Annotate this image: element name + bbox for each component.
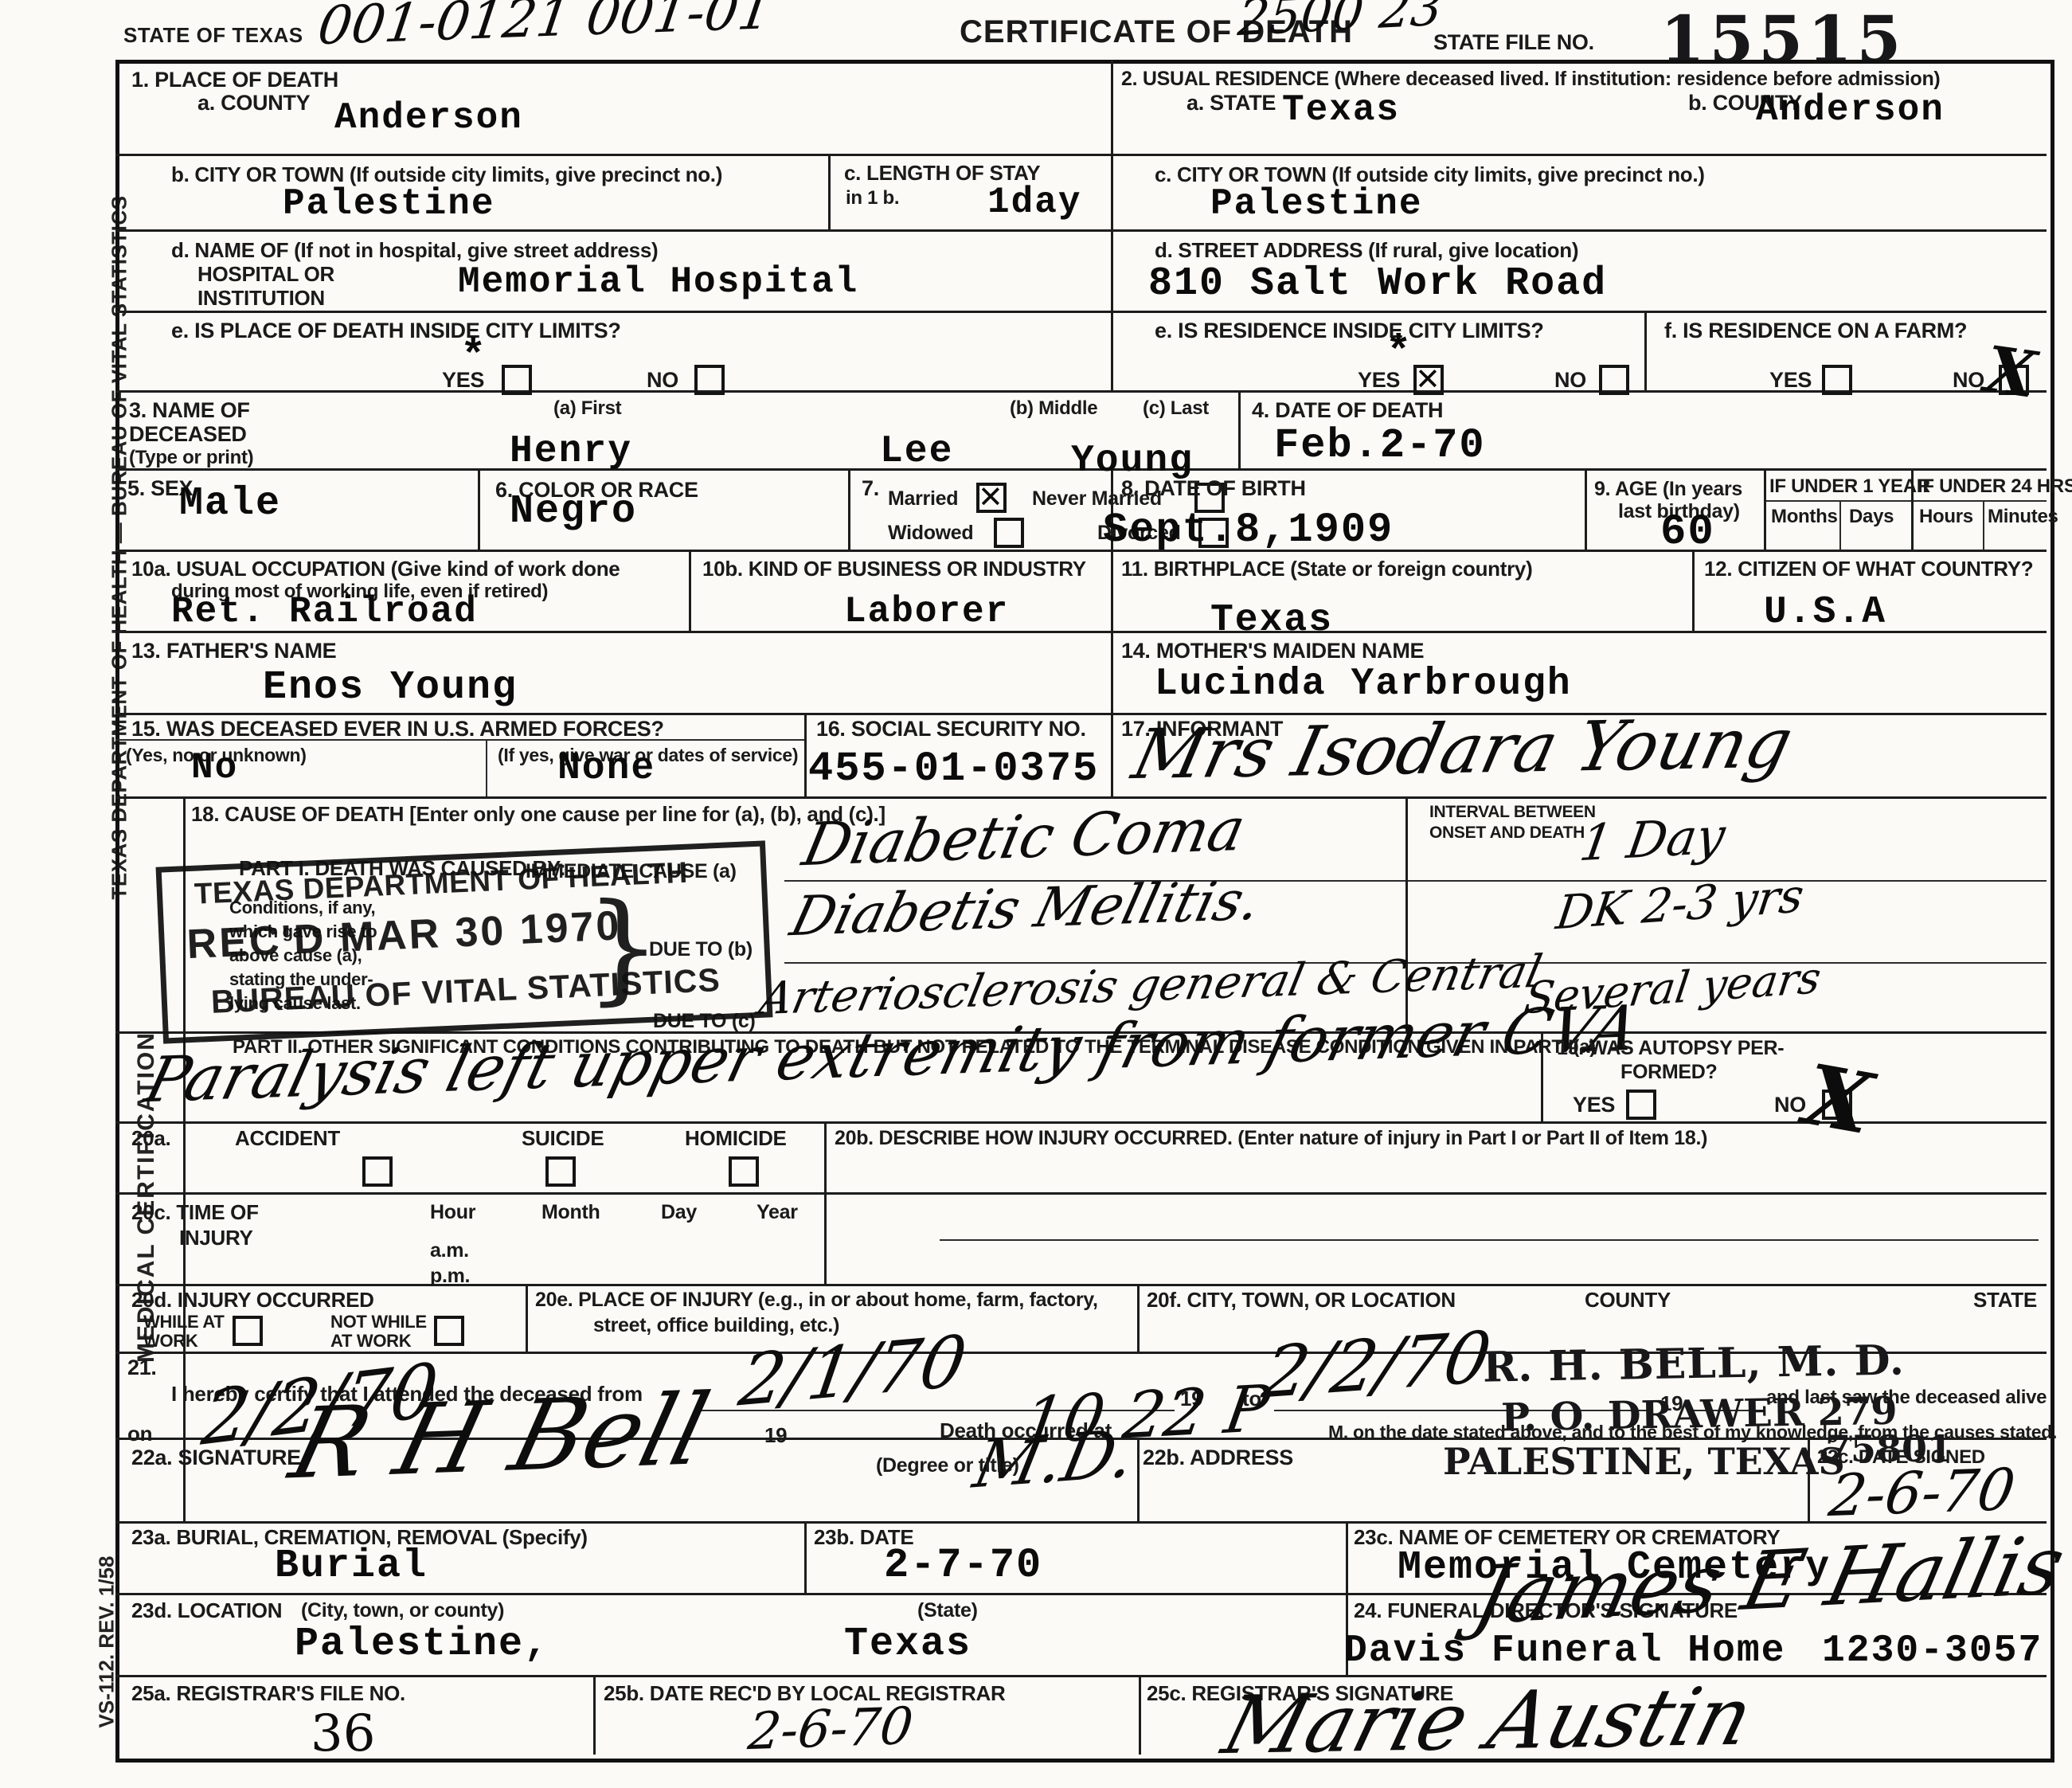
- residence-state: Texas: [1282, 89, 1400, 131]
- grid-line: [1111, 60, 1113, 390]
- death-limits-no-checkbox: [694, 365, 725, 395]
- date-of-death: Feb.2-70: [1274, 422, 1486, 469]
- not-while-at-work-label2: AT WORK: [330, 1332, 411, 1352]
- item20e-label2: street, office building, etc.): [593, 1314, 839, 1336]
- grid-line: [1644, 311, 1647, 390]
- grid-line: [593, 1675, 596, 1755]
- suicide-checkbox: [545, 1156, 576, 1187]
- registrar-file-no-label: 25a. REGISTRAR'S FILE NO.: [131, 1682, 405, 1705]
- year-label: Year: [756, 1201, 798, 1223]
- age-label: 9. AGE (In years: [1594, 478, 1742, 500]
- grid-line: [115, 550, 2047, 552]
- hospital-label: d. NAME OF (If not in hospital, give str…: [171, 239, 658, 262]
- residence-state-label: a. STATE: [1187, 91, 1276, 115]
- item21-label: 21.: [127, 1356, 157, 1379]
- grid-line: [1585, 468, 1587, 550]
- business-label: 10b. KIND OF BUSINESS OR INDUSTRY: [702, 558, 1086, 581]
- name-of-deceased-label2: DECEASED: [129, 422, 247, 446]
- grid-line: [526, 1284, 528, 1352]
- registrar-file-no: 36: [311, 1704, 375, 1763]
- received-stamp: TEXAS DEPARTMENT OF HEALTH REC'D MAR 30 …: [156, 840, 773, 1043]
- degree-or-title-label: (Degree or title): [876, 1454, 1019, 1477]
- burial-date: 2-7-70: [884, 1542, 1042, 1589]
- bell-stamp-name: R. H. BELL, M. D.: [1483, 1336, 1906, 1391]
- grid-line: [828, 154, 831, 229]
- item20e-label: 20e. PLACE OF INJURY (e.g., in or about …: [535, 1289, 1098, 1311]
- state-column-label: STATE: [1973, 1289, 2037, 1312]
- armed-forces-label: 15. WAS DECEASED EVER IN U.S. ARMED FORC…: [131, 717, 664, 741]
- while-at-work-label2: WORK: [143, 1332, 197, 1352]
- county-label: a. COUNTY: [197, 91, 310, 115]
- death-limits-yes-checkbox: [502, 365, 532, 395]
- death-city-limits-label: e. IS PLACE OF DEATH INSIDE CITY LIMITS?: [171, 319, 621, 342]
- burial-value: Burial: [275, 1543, 428, 1589]
- first-name-label: (a) First: [553, 398, 621, 420]
- armed-forces-answer: No: [191, 747, 238, 788]
- grid-line: [804, 1521, 807, 1593]
- while-at-work-checkbox: [233, 1316, 263, 1346]
- handwritten-district-codes: 001-0121 001-01: [315, 0, 776, 57]
- item20c-label: 20c. TIME OF: [131, 1201, 259, 1224]
- residence-limits-no-checkbox: [1599, 365, 1629, 395]
- if-under-24-hrs-label: IF UNDER 24 HRS.: [1918, 476, 2072, 498]
- address-label: 22b. ADDRESS: [1143, 1446, 1293, 1469]
- married-checkbox: [976, 483, 1007, 513]
- farm-no-label: NO: [1953, 368, 1984, 392]
- autopsy-no-label: NO: [1774, 1093, 1806, 1117]
- grid-line: [1139, 1675, 1141, 1755]
- grid-line: [1839, 500, 1841, 550]
- autopsy-label2: FORMED?: [1620, 1061, 1718, 1083]
- grid-line: [1692, 550, 1695, 631]
- street-address-label: d. STREET ADDRESS (If rural, give locati…: [1155, 239, 1578, 262]
- hospital-label2: HOSPITAL OR: [197, 263, 334, 286]
- month-label: Month: [541, 1201, 600, 1223]
- birthplace-label: 11. BIRTHPLACE (State or foreign country…: [1121, 558, 1532, 581]
- grid-line: [486, 739, 487, 796]
- grid-line: [1238, 390, 1241, 468]
- physician-signature: R H Bell: [280, 1372, 719, 1500]
- while-at-work-label: WHILE AT: [143, 1313, 224, 1332]
- accident-label: ACCIDENT: [235, 1127, 340, 1150]
- autopsy-yes-checkbox: [1626, 1090, 1656, 1120]
- marital-section-label: 7.: [862, 476, 879, 500]
- length-of-stay-sub: in 1 b.: [846, 188, 899, 209]
- grid-line: [689, 550, 691, 631]
- hospital-label3: INSTITUTION: [197, 287, 325, 310]
- grid-line: [848, 468, 850, 550]
- received-stamp-line2: REC'D MAR 30 1970: [186, 902, 622, 968]
- item20c-label2: INJURY: [179, 1227, 253, 1250]
- fathers-name: Enos Young: [263, 665, 518, 710]
- signature-label: 22a. SIGNATURE: [131, 1446, 301, 1469]
- date-signed-handwriting: 2-6-70: [1825, 1456, 2019, 1530]
- ssn-label: 16. SOCIAL SECURITY NO.: [816, 717, 1086, 741]
- armed-forces-service: None: [557, 747, 655, 790]
- occupation-value: Ret. Railroad: [171, 591, 478, 632]
- fathers-name-label: 13. FATHER'S NAME: [131, 639, 336, 663]
- hour-label: Hour: [430, 1201, 475, 1223]
- burial-location-label: 23d. LOCATION: [131, 1599, 282, 1622]
- grid-line: [115, 154, 2047, 156]
- grid-line: [115, 1521, 2047, 1524]
- not-while-at-work-checkbox: [434, 1316, 464, 1346]
- death-city: Palestine: [283, 183, 495, 225]
- grid-line: [824, 1121, 827, 1284]
- grid-line: [115, 1121, 2047, 1124]
- place-of-death-label: 1. PLACE OF DEATH: [131, 68, 338, 92]
- received-stamp-line3: BUREAU OF VITAL STATISTICS: [210, 961, 721, 1021]
- length-of-stay: 1day: [987, 182, 1081, 223]
- pm-label: p.m.: [430, 1265, 470, 1287]
- item20a-label: 20a.: [131, 1127, 170, 1150]
- bell-stamp-city: PALESTINE, TEXAS: [1443, 1440, 1845, 1483]
- type-or-print-label: (Type or print): [129, 448, 253, 469]
- grid-line: [115, 796, 2047, 799]
- grid-line: [1764, 468, 1766, 550]
- hours-label: Hours: [1919, 507, 1973, 528]
- burial-city: Palestine,: [295, 1622, 549, 1667]
- widowed-label: Widowed: [888, 522, 973, 544]
- answer-line: [940, 1239, 2039, 1241]
- citizen-label: 12. CITIZEN OF WHAT COUNTRY?: [1704, 558, 2033, 581]
- interval-a-handwriting: 1 Day: [1576, 806, 1729, 872]
- place-of-death-county: Anderson: [334, 97, 523, 139]
- mothers-maiden-name: Lucinda Yarbrough: [1155, 663, 1572, 706]
- first-name: Henry: [510, 430, 632, 473]
- race-value: Negro: [510, 489, 637, 534]
- mothers-maiden-name-label: 14. MOTHER'S MAIDEN NAME: [1121, 639, 1424, 663]
- if-under-1-year-label: IF UNDER 1 YEAR: [1769, 476, 1930, 498]
- residence-city-limits-label: e. IS RESIDENCE INSIDE CITY LIMITS?: [1155, 319, 1544, 342]
- burial-location-sub2: (State): [917, 1599, 978, 1622]
- age-value: 60: [1660, 508, 1715, 557]
- homicide-label: HOMICIDE: [685, 1127, 787, 1150]
- autopsy-label: 19. WAS AUTOPSY PER-: [1557, 1037, 1784, 1059]
- grid-line: [115, 311, 2047, 313]
- residence-limits-yes-checkbox: [1413, 365, 1444, 395]
- date-received-handwriting: 2-6-70: [745, 1697, 916, 1763]
- married-label: Married: [888, 487, 958, 510]
- interval-label2: ONSET AND DEATH: [1429, 824, 1585, 843]
- residence-county: Anderson: [1756, 89, 1945, 131]
- farm-no-handwritten-x: X: [1981, 331, 2041, 413]
- item20f-label: 20f. CITY, TOWN, OR LOCATION: [1147, 1289, 1456, 1312]
- state-file-no-label: STATE FILE NO.: [1433, 30, 1594, 54]
- nineteen-blank: 19: [764, 1424, 787, 1447]
- name-of-deceased-label: 3. NAME OF: [129, 398, 250, 422]
- homicide-checkbox: [729, 1156, 759, 1187]
- date-of-death-label: 4. DATE OF DEATH: [1252, 398, 1443, 422]
- suicide-label: SUICIDE: [522, 1127, 604, 1150]
- farm-yes-label: YES: [1769, 368, 1812, 392]
- accident-checkbox: [362, 1156, 393, 1187]
- cause-of-death-label: 18. CAUSE OF DEATH [Enter only one cause…: [191, 803, 885, 826]
- residence-limits-yes-label: YES: [1358, 368, 1400, 392]
- business-value: Laborer: [844, 591, 1009, 632]
- handwritten-numbers: 2500 23: [1236, 0, 1445, 47]
- date-of-birth-label: 8. DATE OF BIRTH: [1121, 476, 1306, 500]
- item20b-label: 20b. DESCRIBE HOW INJURY OCCURRED. (Ente…: [835, 1127, 1707, 1149]
- death-limits-yes-label: YES: [442, 368, 484, 392]
- grid-line: [115, 229, 2047, 232]
- county-column-label: COUNTY: [1585, 1289, 1671, 1312]
- grid-line: [1137, 1284, 1140, 1352]
- registrar-signature: Marie Austin: [1214, 1669, 1762, 1772]
- residence-city: Palestine: [1210, 183, 1422, 225]
- grid-line: [115, 390, 2047, 393]
- grid-line: [1764, 500, 2047, 502]
- state-of-texas-label: STATE OF TEXAS: [123, 24, 303, 47]
- attended-to-handwriting: 2/2/70: [1257, 1315, 1497, 1414]
- ssn-value: 455-01-0375: [808, 745, 1099, 792]
- hospital-name: Memorial Hospital: [458, 261, 858, 303]
- grid-line: [478, 468, 480, 550]
- not-while-at-work-label: NOT WHILE: [330, 1313, 427, 1332]
- day-label: Day: [661, 1201, 697, 1223]
- minutes-label: Minutes: [1988, 507, 2058, 528]
- street-address: 810 Salt Work Road: [1148, 261, 1607, 307]
- death-certificate-scan: STATE OF TEXAS 001-0121 001-01 CERTIFICA…: [0, 0, 2072, 1788]
- residence-limits-no-label: NO: [1554, 368, 1586, 392]
- on-label: on: [127, 1422, 152, 1446]
- grid-line: [1983, 500, 1984, 550]
- grid-line: [804, 713, 807, 796]
- burial-state: Texas: [844, 1622, 971, 1667]
- farm-yes-checkbox: [1822, 365, 1852, 395]
- birthplace-value: Texas: [1210, 599, 1333, 642]
- grid-line: [115, 1192, 2047, 1195]
- death-limits-no-label: NO: [647, 368, 678, 392]
- interval-label: INTERVAL BETWEEN: [1429, 803, 1596, 822]
- days-label: Days: [1849, 507, 1894, 528]
- middle-name: Lee: [880, 430, 953, 473]
- grid-line: [115, 1284, 2047, 1286]
- sex-value: Male: [179, 481, 281, 526]
- usual-residence-label: 2. USUAL RESIDENCE (Where deceased lived…: [1121, 68, 1940, 90]
- am-label: a.m.: [430, 1239, 469, 1262]
- item20d-label: 20d. INJURY OCCURRED: [131, 1289, 374, 1312]
- occupation-label: 10a. USUAL OCCUPATION (Give kind of work…: [131, 558, 620, 581]
- autopsy-yes-label: YES: [1573, 1093, 1615, 1117]
- date-of-birth: Sept.8,1909: [1103, 507, 1394, 554]
- citizen-value: U.S.A: [1764, 591, 1886, 634]
- widowed-checkbox: [994, 518, 1024, 548]
- informant-signature: Mrs Isodara Young: [1125, 703, 1800, 795]
- last-name-label: (c) Last: [1143, 398, 1209, 420]
- burial-location-sub1: (City, town, or county): [301, 1599, 504, 1622]
- farm-label: f. IS RESIDENCE ON A FARM?: [1664, 319, 1967, 342]
- middle-name-label: (b) Middle: [1010, 398, 1097, 420]
- months-label: Months: [1771, 507, 1838, 528]
- funeral-home-phone: 1230-3057: [1822, 1630, 2043, 1673]
